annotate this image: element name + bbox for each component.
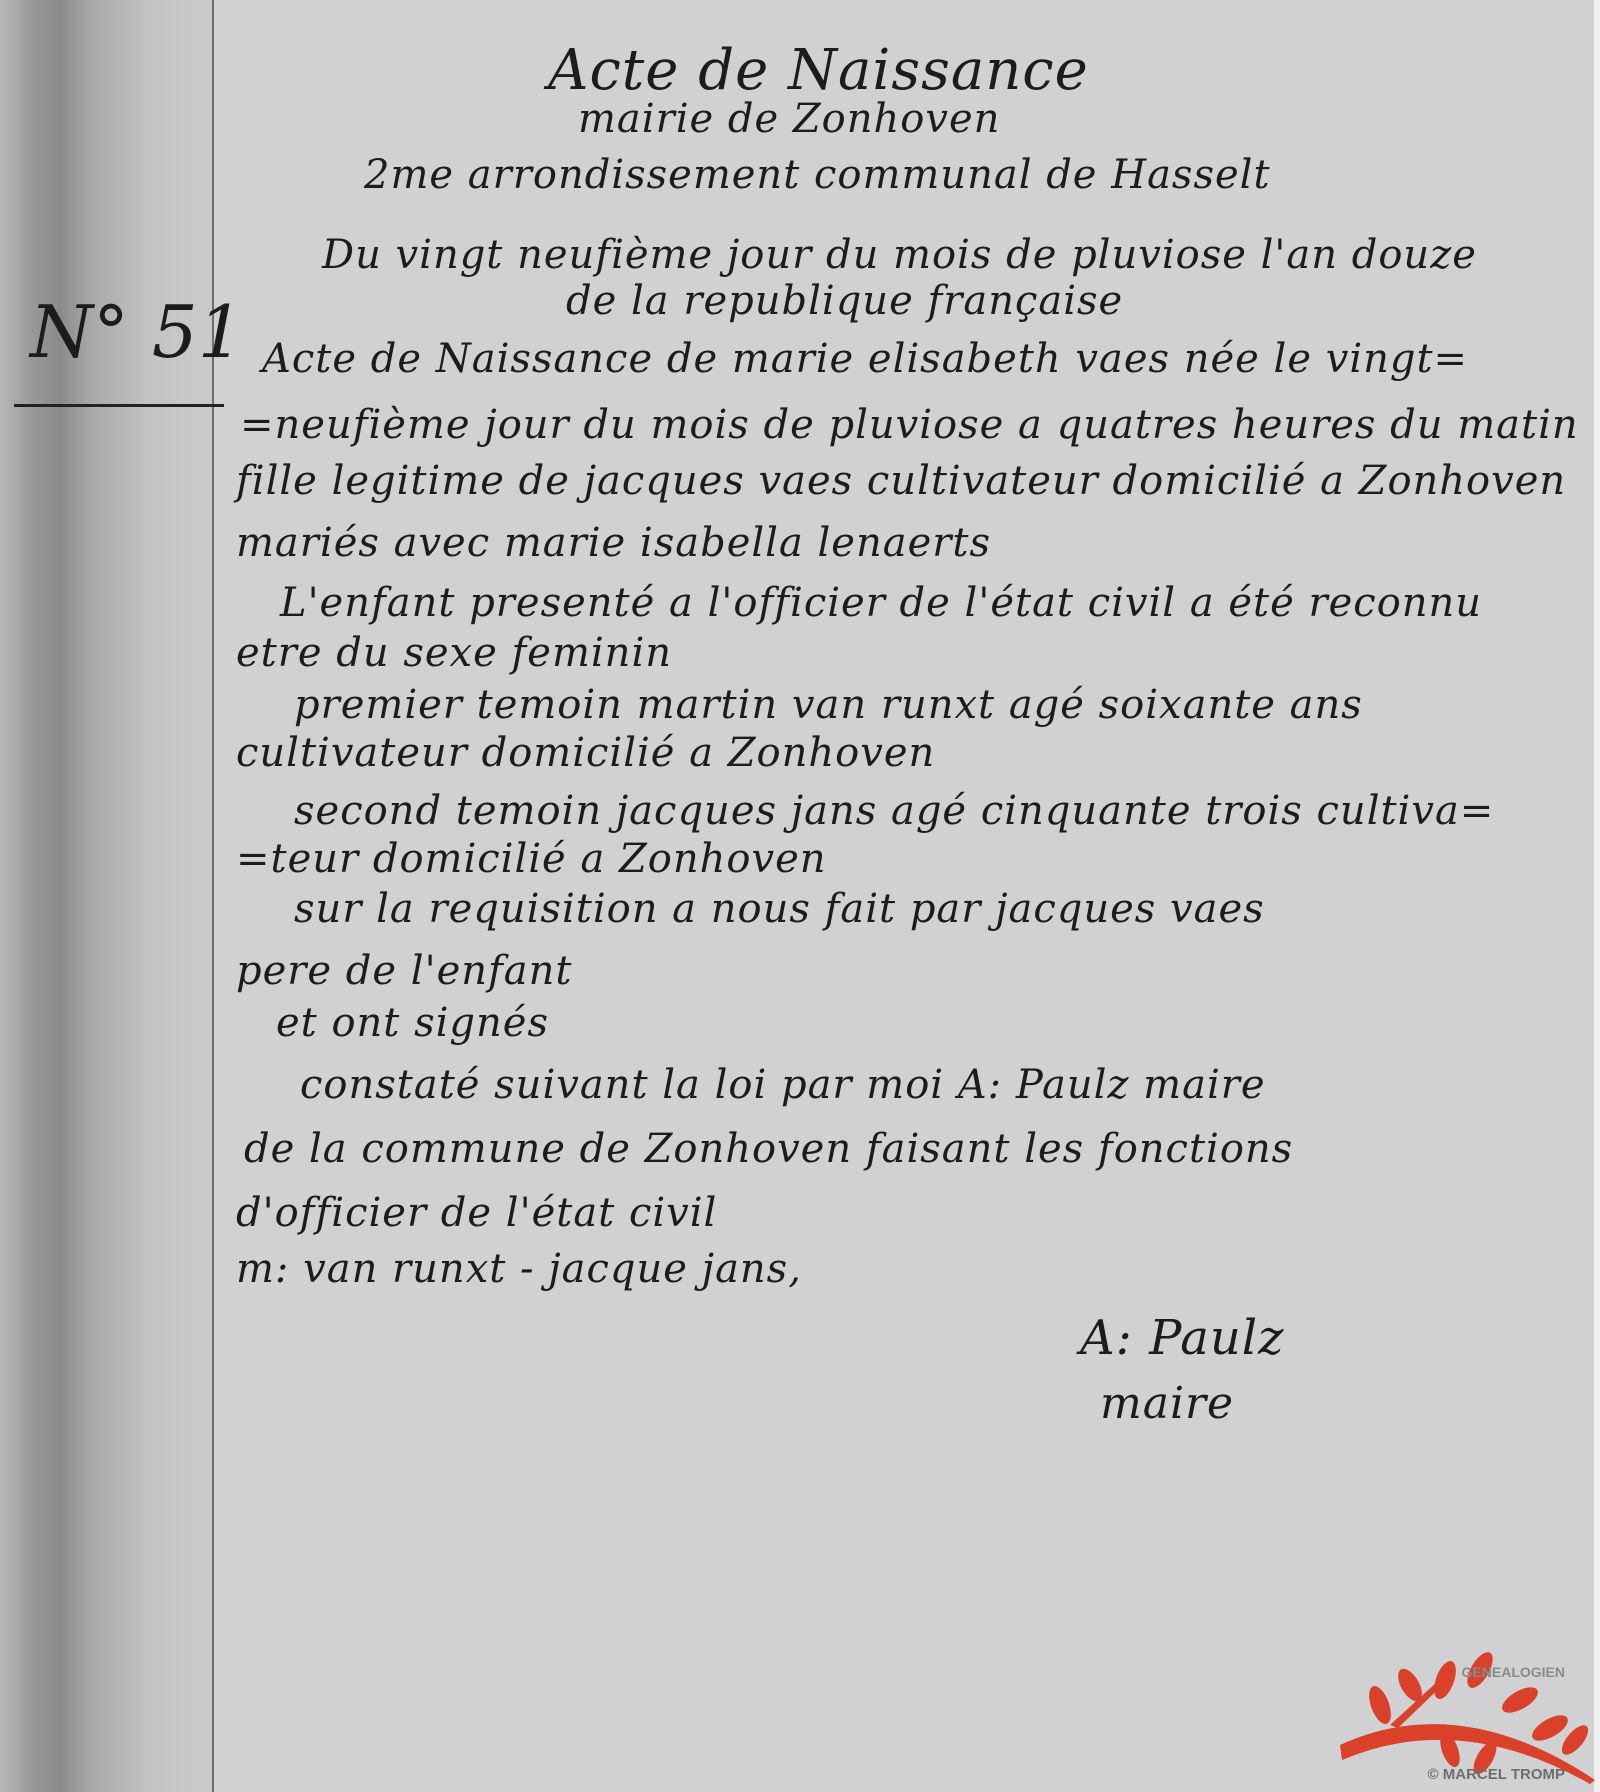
text-line: Du vingt neufième jour du mois de pluvio…	[322, 232, 1477, 278]
watermark-copyright: © MARCEL TROMP	[1428, 1766, 1565, 1783]
book-spine	[0, 0, 215, 1792]
signature-title: maire	[1100, 1378, 1234, 1429]
watermark-top-text: GENEALOGIEN	[1462, 1664, 1565, 1680]
text-line: Acte de Naissance de marie elisabeth vae…	[262, 336, 1468, 382]
text-line: etre du sexe feminin	[236, 630, 672, 676]
text-line: cultivateur domicilié a Zonhoven	[236, 730, 935, 776]
document-district: 2me arrondissement communal de Hasselt	[364, 152, 1271, 198]
text-line: pere de l'enfant	[236, 948, 573, 994]
document-title: Acte de Naissance	[548, 38, 1089, 103]
signature: A: Paulz	[1080, 1310, 1284, 1366]
text-line: constaté suivant la loi par moi A: Paulz…	[300, 1062, 1266, 1108]
watermark-logo: GENEALOGIEN © MARCEL TROMP	[1340, 1650, 1595, 1790]
text-line: premier temoin martin van runxt agé soix…	[294, 682, 1363, 728]
text-line: d'officier de l'état civil	[236, 1190, 717, 1236]
entry-number: N° 51	[30, 290, 244, 374]
text-line: et ont signés	[276, 1000, 549, 1046]
text-line: m: van runxt - jacque jans,	[236, 1246, 802, 1292]
margin-line	[212, 0, 214, 1792]
text-line: de la republique française	[566, 278, 1123, 324]
document-subtitle: mairie de Zonhoven	[578, 96, 1000, 142]
text-line: sur la requisition a nous fait par jacqu…	[294, 886, 1265, 932]
text-line: fille legitime de jacques vaes cultivate…	[236, 458, 1566, 504]
text-line: L'enfant presenté a l'officier de l'état…	[280, 580, 1482, 626]
text-line: =neufième jour du mois de pluviose a qua…	[240, 402, 1579, 448]
text-line: =teur domicilié a Zonhoven	[236, 836, 827, 882]
page-edge	[1594, 0, 1600, 1792]
text-line: mariés avec marie isabella lenaerts	[236, 520, 991, 566]
text-line: second temoin jacques jans agé cinquante…	[294, 788, 1494, 834]
entry-rule	[14, 404, 224, 407]
text-line: de la commune de Zonhoven faisant les fo…	[244, 1126, 1293, 1172]
